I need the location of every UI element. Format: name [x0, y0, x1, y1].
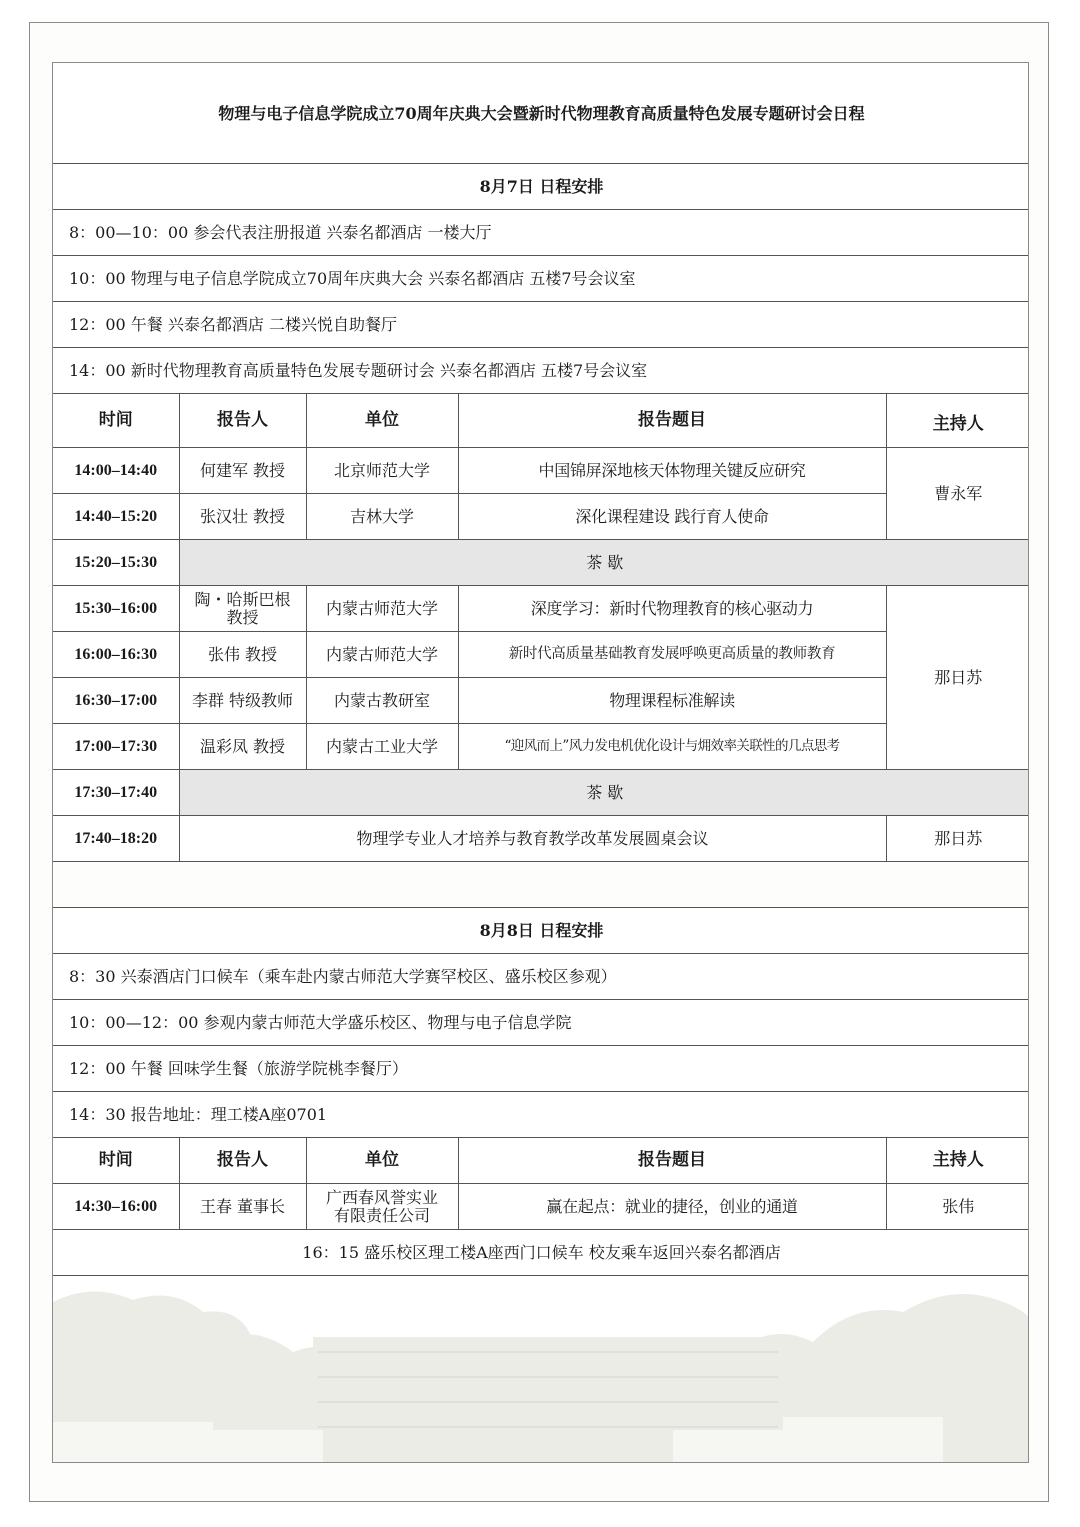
header-topic: 报告题目: [458, 1138, 886, 1184]
day2-item-report-location: 14：30 报告地址：理工楼A座0701: [53, 1092, 1029, 1138]
row-unit: 内蒙古教研室: [306, 678, 458, 724]
header-speaker: 报告人: [179, 394, 306, 448]
header-topic: 报告题目: [458, 394, 886, 448]
row-topic: 深化课程建设 践行育人使命: [458, 494, 886, 540]
tea-break-row: 17:30–17:40 茶 歇: [53, 770, 1029, 816]
row-speaker: 何建军 教授: [179, 448, 306, 494]
row-time: 14:00–14:40: [53, 448, 179, 494]
row-time: 14:30–16:00: [53, 1184, 179, 1230]
row-time: 14:40–15:20: [53, 494, 179, 540]
table-row: 14:00–14:40 何建军 教授 北京师范大学 中国锦屏深地核天体物理关键反…: [53, 448, 1029, 494]
header-host: 主持人: [886, 394, 1029, 448]
row-time: 17:40–18:20: [53, 816, 179, 862]
row-time: 17:00–17:30: [53, 724, 179, 770]
header-host: 主持人: [886, 1138, 1029, 1184]
row-unit: 北京师范大学: [306, 448, 458, 494]
row-time: 15:30–16:00: [53, 586, 179, 632]
speaker-title: 教授: [180, 609, 306, 627]
row-unit: 内蒙古师范大学: [306, 632, 458, 678]
day1-heading: 8月7日 日程安排: [53, 164, 1029, 210]
day2-table-header: 时间 报告人 单位 报告题目 主持人: [53, 1138, 1029, 1184]
row-unit: 广西春风誉实业 有限责任公司: [306, 1184, 458, 1230]
table-row: 14:40–15:20 张汉壮 教授 吉林大学 深化课程建设 践行育人使命: [53, 494, 1029, 540]
section-spacer: [53, 862, 1029, 908]
row-speaker: 陶・哈斯巴根 教授: [179, 586, 306, 632]
table-row: 16:30–17:00 李群 特级教师 内蒙古教研室 物理课程标准解读: [53, 678, 1029, 724]
break-time: 15:20–15:30: [53, 540, 179, 586]
row-topic: 中国锦屏深地核天体物理关键反应研究: [458, 448, 886, 494]
row-time: 16:30–17:00: [53, 678, 179, 724]
document-title: 物理与电子信息学院成立70周年庆典大会暨新时代物理教育高质量特色发展专题研讨会日…: [53, 63, 1029, 164]
header-unit: 单位: [306, 1138, 458, 1184]
row-topic: 物理课程标准解读: [458, 678, 886, 724]
tea-break-label: 茶 歇: [179, 540, 1029, 586]
row-speaker: 张伟 教授: [179, 632, 306, 678]
table-row: 16:00–16:30 张伟 教授 内蒙古师范大学 新时代高质量基础教育发展呼唤…: [53, 632, 1029, 678]
session2-host: 那日苏: [886, 586, 1029, 770]
table-row: 15:30–16:00 陶・哈斯巴根 教授 内蒙古师范大学 深度学习：新时代物理…: [53, 586, 1029, 632]
speaker-name: 陶・哈斯巴根: [180, 591, 306, 609]
header-unit: 单位: [306, 394, 458, 448]
row-speaker: 张汉壮 教授: [179, 494, 306, 540]
day2-item-bus: 8：30 兴泰酒店门口候车（乘车赴内蒙古师范大学赛罕校区、盛乐校区参观）: [53, 954, 1029, 1000]
row-topic: 新时代高质量基础教育发展呼唤更高质量的教师教育: [458, 632, 886, 678]
row-topic: 赢在起点：就业的捷径，创业的通道: [458, 1184, 886, 1230]
day2-heading: 8月8日 日程安排: [53, 908, 1029, 954]
roundtable-host: 那日苏: [886, 816, 1029, 862]
table-row: 14:30–16:00 王春 董事长 广西春风誉实业 有限责任公司 赢在起点：就…: [53, 1184, 1029, 1230]
row-host: 张伟: [886, 1184, 1029, 1230]
row-topic: “迎风而上”风力发电机优化设计与㶲效率关联性的几点思考: [458, 724, 886, 770]
table-row: 17:00–17:30 温彩凤 教授 内蒙古工业大学 “迎风而上”风力发电机优化…: [53, 724, 1029, 770]
tea-break-label: 茶 歇: [179, 770, 1029, 816]
day1-item-ceremony: 10：00 物理与电子信息学院成立70周年庆典大会 兴泰名都酒店 五楼7号会议室: [53, 256, 1029, 302]
row-topic: 深度学习：新时代物理教育的核心驱动力: [458, 586, 886, 632]
header-time: 时间: [53, 1138, 179, 1184]
tea-break-row: 15:20–15:30 茶 歇: [53, 540, 1029, 586]
day2-closing-note: 16：15 盛乐校区理工楼A座西门口候车 校友乘车返回兴泰名都酒店: [53, 1230, 1029, 1276]
row-time: 16:00–16:30: [53, 632, 179, 678]
schedule-frame: 物理与电子信息学院成立70周年庆典大会暨新时代物理教育高质量特色发展专题研讨会日…: [52, 62, 1029, 1463]
day2-item-visit: 10：00—12：00 参观内蒙古师范大学盛乐校区、物理与电子信息学院: [53, 1000, 1029, 1046]
day1-item-seminar: 14：00 新时代物理教育高质量特色发展专题研讨会 兴泰名都酒店 五楼7号会议室: [53, 348, 1029, 394]
row-speaker: 温彩凤 教授: [179, 724, 306, 770]
day1-item-lunch: 12：00 午餐 兴泰名都酒店 二楼兴悦自助餐厅: [53, 302, 1029, 348]
day1-table-header: 时间 报告人 单位 报告题目 主持人: [53, 394, 1029, 448]
row-unit: 内蒙古师范大学: [306, 586, 458, 632]
day1-item-registration: 8：00—10：00 参会代表注册报道 兴泰名都酒店 一楼大厅: [53, 210, 1029, 256]
row-unit: 吉林大学: [306, 494, 458, 540]
row-speaker: 王春 董事长: [179, 1184, 306, 1230]
session1-host: 曹永军: [886, 448, 1029, 540]
schedule-table: 物理与电子信息学院成立70周年庆典大会暨新时代物理教育高质量特色发展专题研讨会日…: [53, 63, 1029, 1276]
header-time: 时间: [53, 394, 179, 448]
break-time: 17:30–17:40: [53, 770, 179, 816]
roundtable-row: 17:40–18:20 物理学专业人才培养与教育教学改革发展圆桌会议 那日苏: [53, 816, 1029, 862]
header-speaker: 报告人: [179, 1138, 306, 1184]
unit-line1: 广西春风誉实业: [307, 1189, 458, 1207]
unit-line2: 有限责任公司: [307, 1207, 458, 1225]
row-speaker: 李群 特级教师: [179, 678, 306, 724]
campus-watermark-illustration: [53, 1282, 1029, 1462]
row-unit: 内蒙古工业大学: [306, 724, 458, 770]
day2-item-lunch: 12：00 午餐 回味学生餐（旅游学院桃李餐厅）: [53, 1046, 1029, 1092]
roundtable-topic: 物理学专业人才培养与教育教学改革发展圆桌会议: [179, 816, 886, 862]
